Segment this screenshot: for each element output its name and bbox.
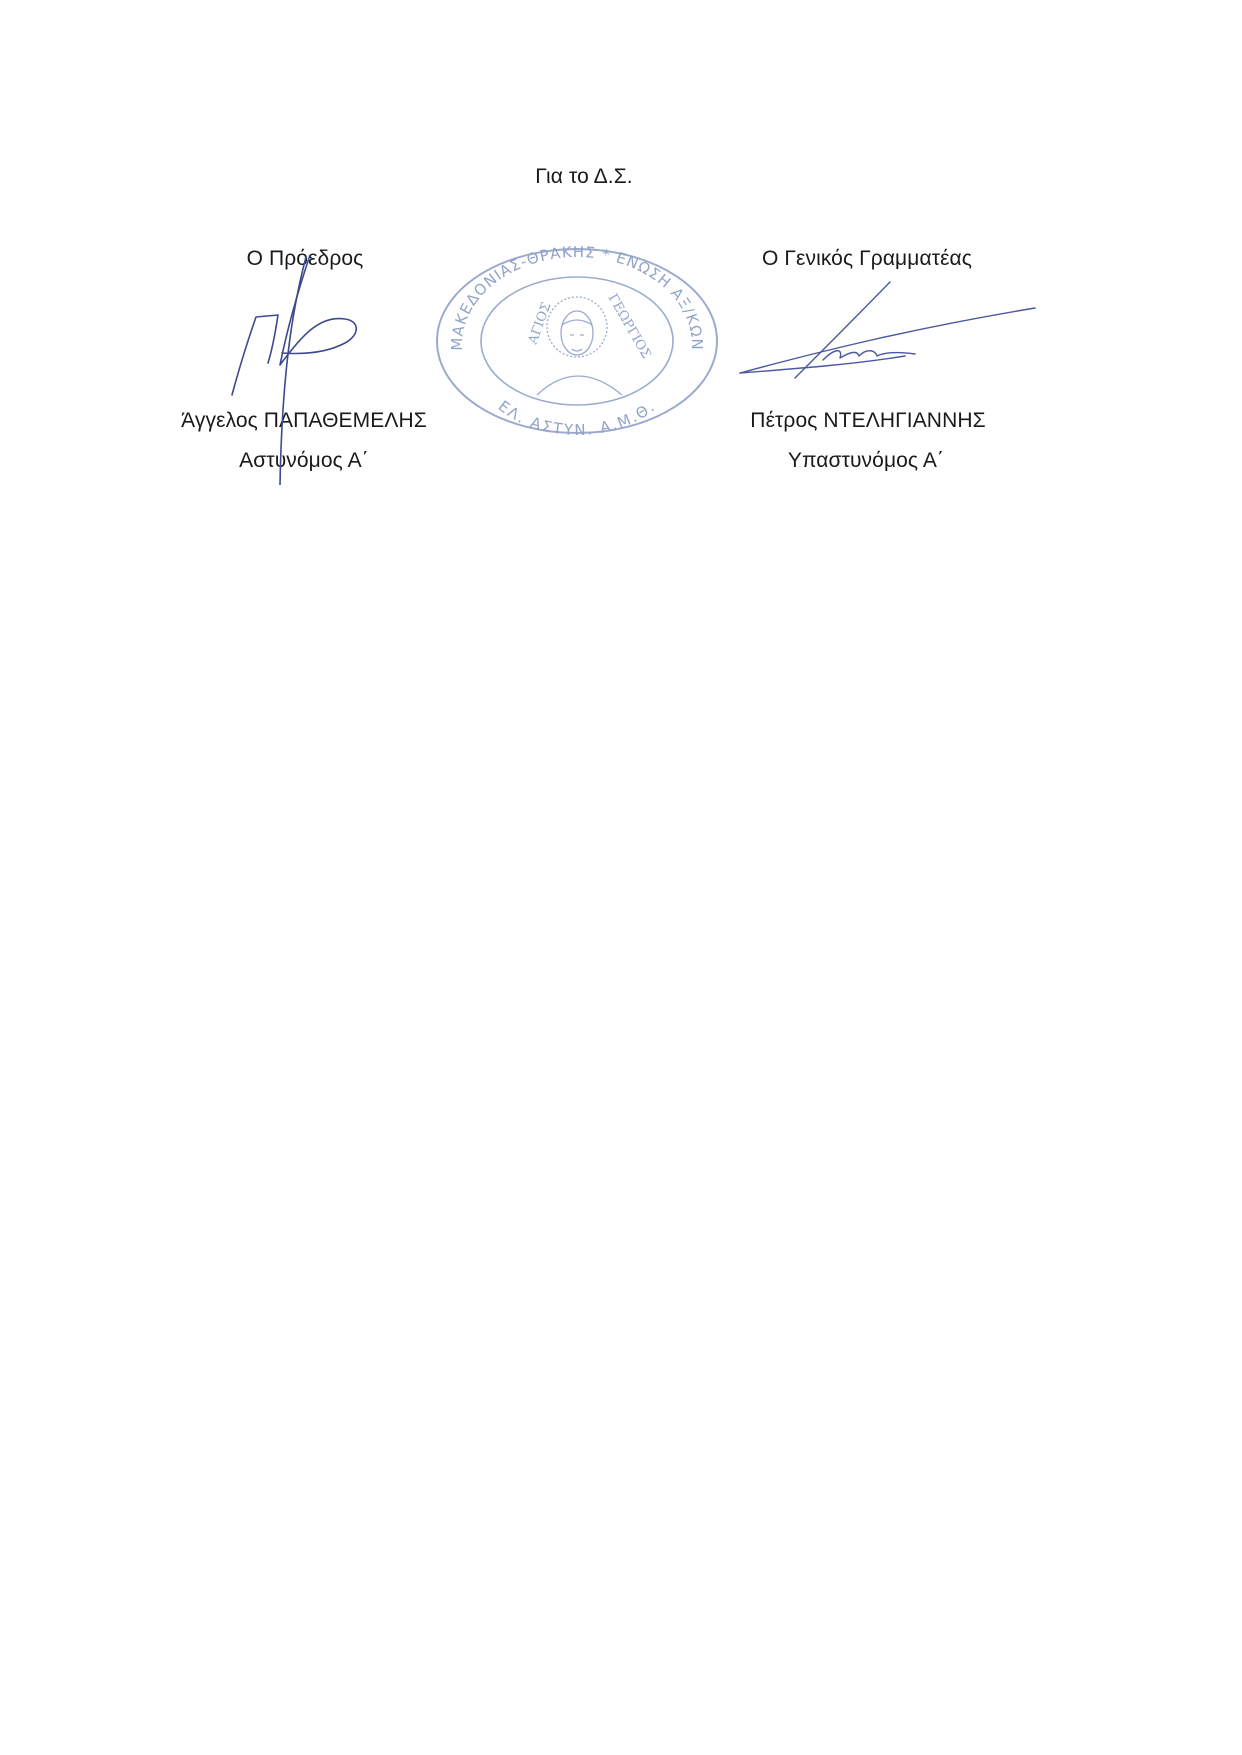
secretary-rank: Υπαστυνόμος Α΄ — [788, 450, 944, 471]
board-heading: Για το Δ.Σ. — [535, 166, 632, 187]
secretary-role: Ο Γενικός Γραμματέας — [762, 248, 972, 269]
president-rank: Αστυνόμος Α΄ — [239, 450, 369, 471]
secretary-signature — [735, 278, 1040, 388]
president-name: Άγγελος ΠΑΠΑΘΕΜΕΛΗΣ — [181, 410, 427, 431]
svg-text:ΜΑΚΕΔΟΝΙΑΣ-ΘΡΑΚΗΣ * ΕΝΩΣΗ ΑΞ/Κ: ΜΑΚΕΔΟΝΙΑΣ-ΘΡΑΚΗΣ * ΕΝΩΣΗ ΑΞ/ΚΩΝ — [448, 245, 706, 351]
svg-text:ΕΛ. ΑΣΤΥΝ. Α.Μ.Θ.: ΕΛ. ΑΣΤΥΝ. Α.Μ.Θ. — [495, 397, 659, 437]
secretary-name: Πέτρος ΝΤΕΛΗΓΙΑΝΝΗΣ — [750, 410, 985, 431]
president-role: Ο Πρόεδρος — [247, 248, 364, 269]
svg-text:ΓΕΩΡΓΙΟΣ: ΓΕΩΡΓΙΟΣ — [605, 292, 654, 362]
svg-text:ΑΓΙΟΣ: ΑΓΙΟΣ — [525, 300, 554, 347]
union-stamp-seal: ΜΑΚΕΔΟΝΙΑΣ-ΘΡΑΚΗΣ * ΕΝΩΣΗ ΑΞ/ΚΩΝ ΕΛ. ΑΣΤ… — [432, 245, 722, 437]
